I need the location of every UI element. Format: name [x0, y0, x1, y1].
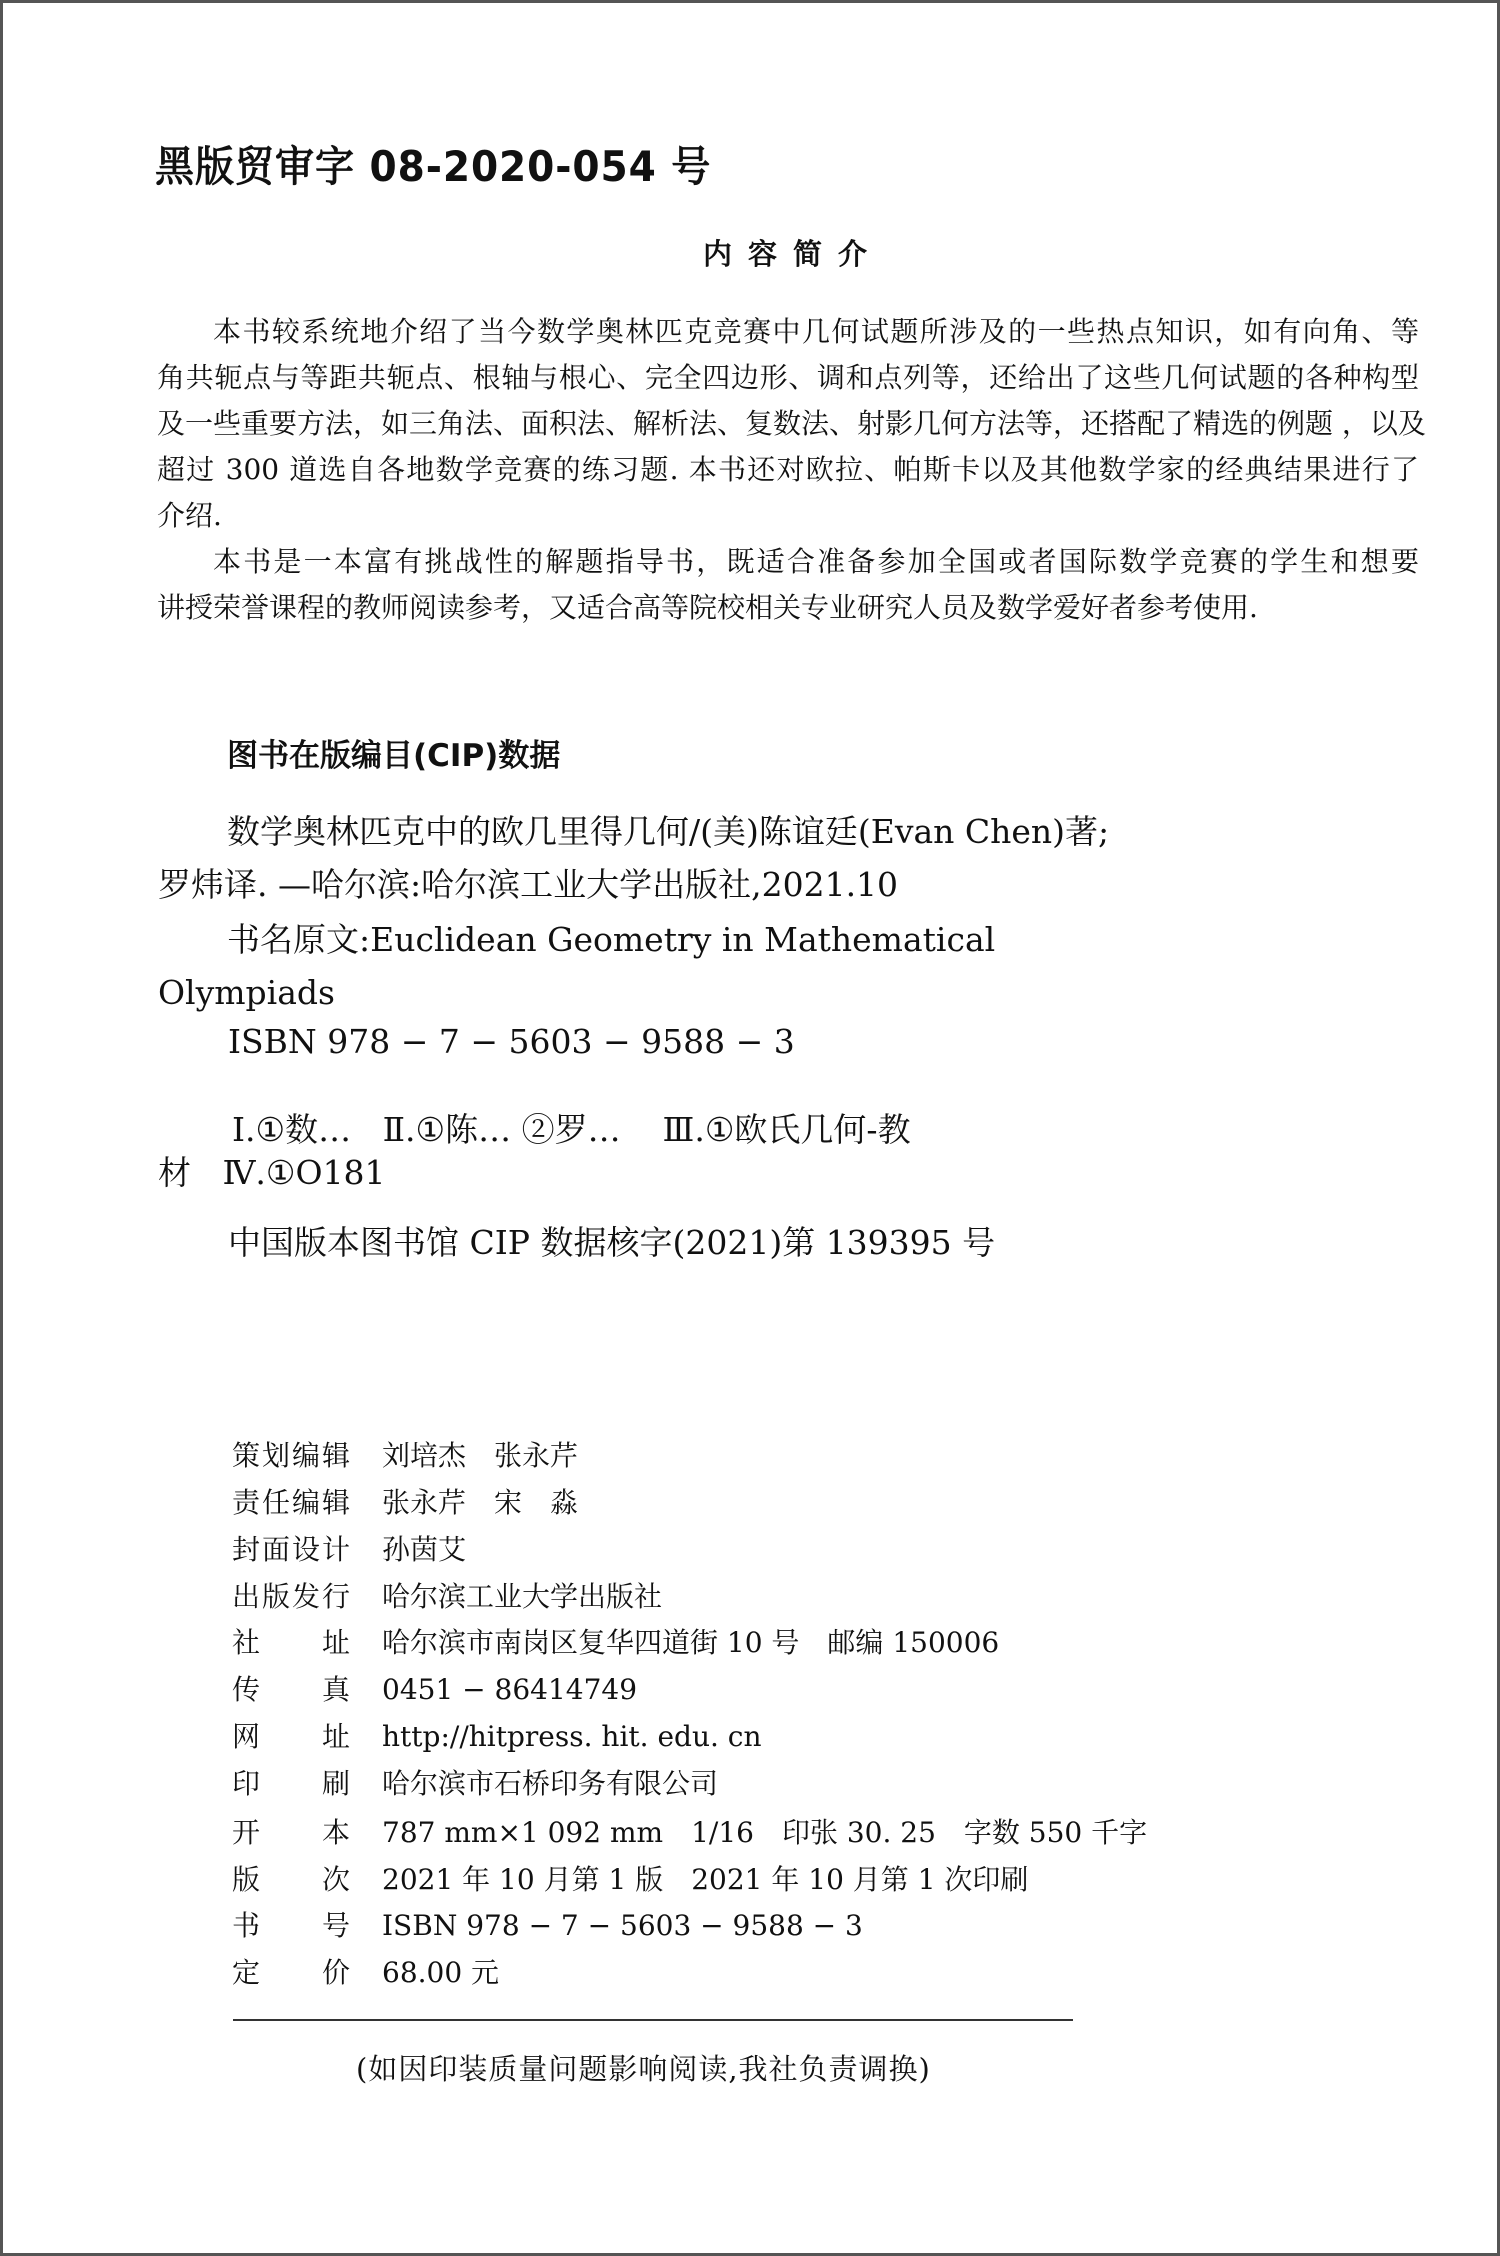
intro-line: 角共轭点与等距共轭点、根轴与根心、完全四边形、调和点列等，还给出了这些几何试题的… [157, 364, 1419, 392]
intro-line: 本书较系统地介绍了当今数学奥林匹克竞赛中几何试题所涉及的一些热点知识，如有向角、… [213, 318, 1419, 346]
cip-classification-line: Ⅰ.①数… Ⅱ.①陈… ②罗… Ⅲ.①欧氏几何-教 [232, 1113, 911, 1146]
colophon-value: 孙茵艾 [382, 1536, 466, 1564]
cip-original-title-cont: Olympiads [158, 976, 335, 1009]
divider-rule [233, 2019, 1073, 2021]
intro-line: 超过 300 道选自各地数学竞赛的练习题. 本书还对欧拉、帕斯卡以及其他数学家的… [157, 456, 1419, 484]
colophon-label: 出版发行 [232, 1583, 350, 1611]
intro-line: 介绍. [157, 502, 1419, 530]
colophon-label: 网 址 [232, 1723, 350, 1751]
colophon-value: 刘培杰 张永芹 [382, 1442, 578, 1470]
colophon-label: 定 价 [232, 1959, 350, 1987]
cip-isbn-line: ISBN 978 − 7 − 5603 − 9588 − 3 [228, 1025, 795, 1058]
colophon-value: 0451 − 86414749 [382, 1676, 637, 1704]
colophon-label: 封面设计 [232, 1536, 350, 1564]
colophon-value: 张永芹 宋 淼 [382, 1489, 578, 1517]
cip-classification-cont: 材 Ⅳ.①O181 [158, 1156, 386, 1189]
colophon-value: ISBN 978 − 7 − 5603 − 9588 − 3 [382, 1912, 863, 1940]
colophon-label: 印 刷 [232, 1770, 350, 1798]
colophon-label: 策划编辑 [232, 1442, 350, 1470]
cip-verification-line: 中国版本图书馆 CIP 数据核字(2021)第 139395 号 [228, 1226, 995, 1259]
colophon-label: 开 本 [232, 1819, 350, 1847]
cip-original-title-line: 书名原文:Euclidean Geometry in Mathematical [227, 923, 995, 956]
cip-publisher-line: 罗炜译. —哈尔滨:哈尔滨工业大学出版社,2021.10 [158, 868, 898, 901]
colophon-label: 书 号 [232, 1912, 350, 1940]
colophon-value: 787 mm×1 092 mm 1/16 印张 30. 25 字数 550 千字 [382, 1819, 1147, 1847]
intro-line: 讲授荣誉课程的教师阅读参考，又适合高等院校相关专业研究人员及数学爱好者参考使用. [157, 594, 1419, 622]
colophon-value: 哈尔滨市石桥印务有限公司 [382, 1770, 718, 1798]
colophon-label: 传 真 [232, 1676, 350, 1704]
intro-line: 本书是一本富有挑战性的解题指导书，既适合准备参加全国或者国际数学竞赛的学生和想要 [213, 548, 1419, 576]
colophon-value: 68.00 元 [382, 1959, 499, 1987]
footnote: (如因印装质量问题影响阅读,我社负责调换) [356, 2055, 931, 2084]
intro-line: 及一些重要方法，如三角法、面积法、解析法、复数法、射影几何方法等，还搭配了精选的… [157, 410, 1419, 438]
colophon-label: 社 址 [232, 1629, 350, 1657]
cip-title-line: 数学奥林匹克中的欧几里得几何/(美)陈谊廷(Evan Chen)著; [227, 815, 1109, 848]
colophon-value: 哈尔滨工业大学出版社 [382, 1583, 662, 1611]
cip-heading: 图书在版编目(CIP)数据 [227, 741, 560, 772]
colophon-value: http://hitpress. hit. edu. cn [382, 1723, 762, 1751]
colophon-label: 版 次 [232, 1866, 350, 1894]
colophon-value: 哈尔滨市南岗区复华四道街 10 号 邮编 150006 [382, 1629, 999, 1657]
intro-heading: 内容简介 [703, 240, 883, 269]
colophon-label: 责任编辑 [232, 1489, 350, 1517]
approval-number-title: 黑版贸审字 08-2020-054 号 [155, 146, 711, 188]
colophon-value: 2021 年 10 月第 1 版 2021 年 10 月第 1 次印刷 [382, 1866, 1028, 1894]
